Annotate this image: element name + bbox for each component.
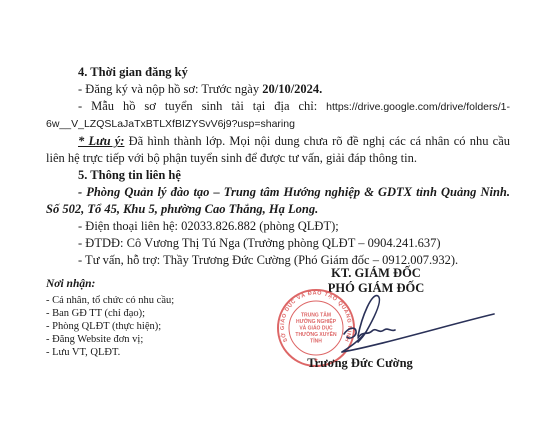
- deadline-line: - Đăng ký và nộp hồ sơ: Trước ngày 20/10…: [46, 81, 510, 98]
- handwritten-signature: [322, 288, 502, 360]
- section5-heading: 5. Thông tin liên hệ: [46, 167, 510, 184]
- signer-name: Trương Đức Cường: [280, 356, 440, 371]
- form-url-line1: https://drive.google.com/drive/folders/1…: [326, 101, 510, 113]
- recipient-item: - Phòng QLĐT (thực hiện);: [46, 320, 246, 333]
- form-url-line2: 6w__V_LZQSLaJaTxBTLXfBIZYSvV6j9?usp=shar…: [46, 116, 510, 133]
- form-line: - Mẫu hồ sơ tuyển sinh tải tại địa chỉ: …: [46, 98, 510, 116]
- deadline-date: 20/10/2024.: [262, 82, 322, 96]
- document-body: 4. Thời gian đăng ký - Đăng ký và nộp hồ…: [46, 64, 510, 269]
- recipient-item: - Ban GĐ TT (chỉ đạo);: [46, 307, 246, 320]
- note-paragraph: * Lưu ý: Đã hình thành lớp. Mọi nội dung…: [46, 133, 510, 167]
- mobile-line: - ĐTDĐ: Cô Vương Thị Tú Nga (Trưởng phòn…: [46, 235, 510, 252]
- recipient-item: - Cá nhân, tổ chức có nhu cầu;: [46, 294, 246, 307]
- section4-heading: 4. Thời gian đăng ký: [46, 64, 510, 81]
- form-label: - Mẫu hồ sơ tuyển sinh tải tại địa chỉ:: [78, 99, 317, 113]
- signature-strokes: [342, 296, 494, 352]
- recipient-item: - Đăng Website đơn vị;: [46, 333, 246, 346]
- recipients-heading: Nơi nhận:: [46, 278, 246, 291]
- address-line: - Phòng Quản lý đào tạo – Trung tâm Hướn…: [46, 184, 510, 218]
- note-label: * Lưu ý:: [78, 134, 124, 148]
- scanned-document-page: 4. Thời gian đăng ký - Đăng ký và nộp hồ…: [0, 0, 536, 446]
- phone-line: - Điện thoại liên hệ: 02033.826.882 (phò…: [46, 218, 510, 235]
- recipients-block: Nơi nhận: - Cá nhân, tổ chức có nhu cầu;…: [46, 278, 246, 359]
- recipient-item: - Lưu VT, QLĐT.: [46, 346, 246, 359]
- stamp-center-line: TỈNH: [310, 338, 322, 345]
- deadline-text: - Đăng ký và nộp hồ sơ: Trước ngày: [78, 82, 262, 96]
- signature-title-1: KT. GIÁM ĐỐC: [292, 266, 460, 281]
